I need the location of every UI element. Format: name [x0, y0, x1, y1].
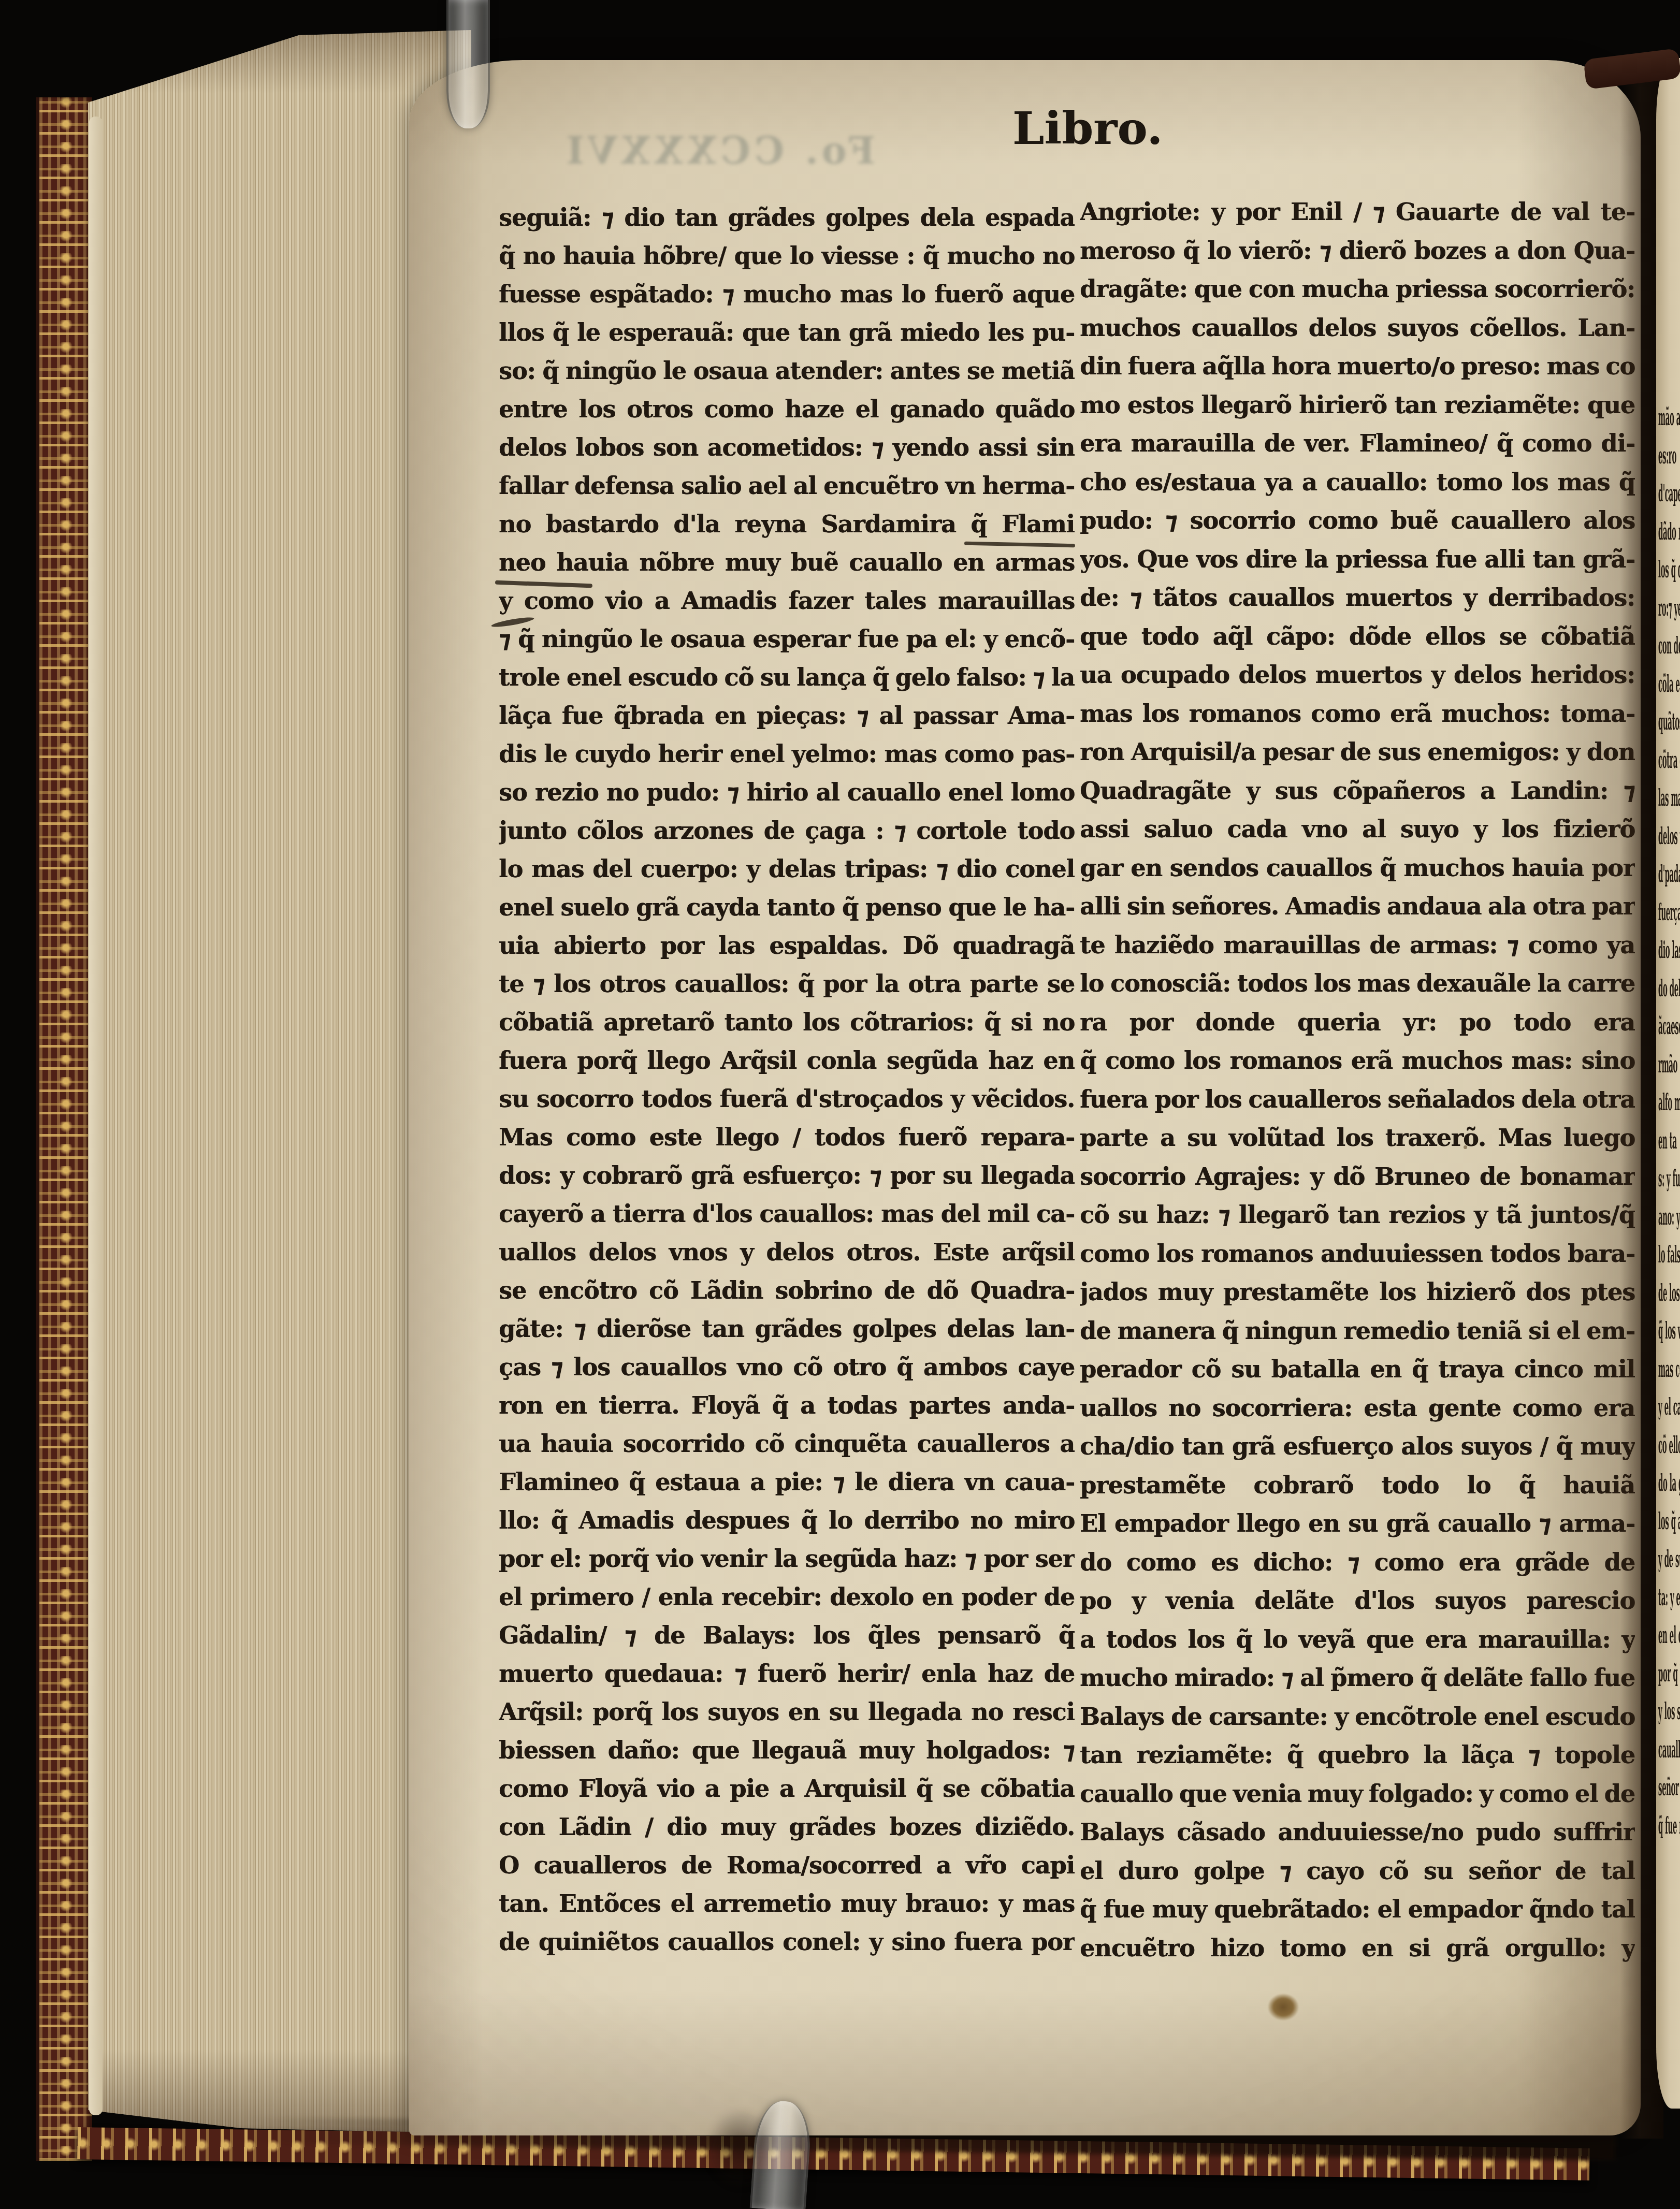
text-line: te haziẽdo marauillas de armas: ⁊ como y… — [1080, 926, 1635, 965]
text-line: uallos no socorriera: esta gente como er… — [1080, 1389, 1635, 1428]
text-line: fuera por los caualleros señalados dela … — [1080, 1080, 1635, 1119]
text-line: cha/dio tan grã esfuerço alos suyos / q̃… — [1080, 1427, 1635, 1466]
next-page-text-line: es:ro — [1658, 437, 1665, 475]
text-line: lo mas del cuerpo: y delas tripas: ⁊ dio… — [499, 850, 1075, 888]
text-line: q̃ fue muy quebrãtado: el empador q̃ndo … — [1080, 1890, 1635, 1929]
next-page-text-line: lo fals — [1658, 1236, 1665, 1274]
text-line: llos q̃ le esperauã: que tan grã miedo l… — [499, 313, 1075, 352]
text-line: Quadragãte y sus cõpañeros a Landin: ⁊ — [1080, 772, 1635, 810]
text-line: meroso q̃ lo vierõ: ⁊ dierõ bozes a don … — [1080, 231, 1635, 270]
text-line: fallar defensa salio ael al encuẽtro vn … — [499, 467, 1075, 505]
next-page-text-line: y de su — [1658, 1541, 1665, 1579]
text-line: socorrio Agrajes: y dõ Bruneo de bonamar — [1080, 1157, 1635, 1196]
text-line: gar en sendos cauallos q̃ muchos hauia p… — [1080, 849, 1635, 888]
ink-stain — [1268, 1994, 1299, 2021]
text-line: muchos cauallos delos suyos cõellos. Lan… — [1080, 309, 1635, 347]
next-page-text-line: los q̃ d — [1658, 551, 1665, 589]
next-page-text-line: ro:⁊ ye — [1658, 589, 1665, 628]
next-page-text-line: do del ca — [1658, 970, 1665, 1008]
text-line: que todo aq̃l cãpo: dõde ellos se cõbati… — [1080, 617, 1635, 656]
next-page-text-line: en ta — [1658, 1122, 1665, 1160]
text-line: dragãte: que con mucha priessa socorrier… — [1080, 270, 1635, 309]
text-line: biessen daño: que llegauã muy holgados: … — [499, 1731, 1075, 1769]
next-page-text-line: d'cape — [1658, 475, 1665, 513]
text-line: ua hauia socorrido cõ cinquẽta cauallero… — [499, 1425, 1075, 1463]
text-line: lo conosciã: todos los mas dexauãle la c… — [1080, 964, 1635, 1003]
first-page-edge — [89, 117, 103, 2115]
text-line: alli sin señores. Amadis andaua ala otra… — [1080, 887, 1635, 926]
text-line: cauallo que venia muy folgado: y como el… — [1080, 1775, 1635, 1813]
text-line: tan. Entõces el arremetio muy brauo: y m… — [499, 1884, 1075, 1923]
text-line: O caualleros de Roma/socorred a vr̃o cap… — [499, 1846, 1075, 1884]
text-line: muerto quedaua: ⁊ fuerõ herir/ enla haz … — [499, 1654, 1075, 1693]
text-line: como los romanos anduuiessen todos bara- — [1080, 1234, 1635, 1273]
next-page-text-line: mas co — [1658, 1350, 1665, 1389]
text-line: Angriote: y por Enil / ⁊ Gauarte de val … — [1080, 193, 1635, 231]
next-page-text-line: mão a — [1658, 399, 1665, 437]
next-page-text-line: alfo m — [1658, 1084, 1665, 1122]
text-column-left: seguiã: ⁊ dio tan grãdes golpes dela esp… — [499, 198, 1075, 1961]
next-page-text-line: cõtra el — [1658, 742, 1665, 780]
next-page-text-line: fuerça e — [1658, 894, 1665, 932]
text-line: ron en tierra. Floyã q̃ a todas partes a… — [499, 1386, 1075, 1425]
next-page-text-line: cõ ellos — [1658, 1427, 1665, 1465]
text-line: el duro golpe ⁊ cayo cõ su señor de tal … — [1080, 1852, 1635, 1891]
next-page-text-line: delos y — [1658, 818, 1665, 856]
next-page-text-line: s: y fu — [1658, 1160, 1665, 1198]
text-line: ças ⁊ los cauallos vno cõ otro q̃ ambos … — [499, 1348, 1075, 1386]
text-line: neo hauia nõbre muy buẽ cauallo en armas — [499, 543, 1075, 582]
next-page-text-line: y el ca — [1658, 1388, 1665, 1427]
next-page-text-line: los q̃ a — [1658, 1503, 1665, 1541]
text-line: ⁊ q̃ ningũo le osaua esperar fue pa el: … — [499, 620, 1075, 658]
text-line: a todos los q̃ lo veyã que era marauilla… — [1080, 1620, 1635, 1659]
text-line: su socorro todos fuerã d'stroçados y vẽc… — [499, 1080, 1075, 1118]
next-page-text: mão aes:rod'capedãdo nlos q̃ dro:⁊ yecon… — [1658, 399, 1680, 1845]
text-line: delos lobos son acometidos: ⁊ yendo assi… — [499, 428, 1075, 467]
text-line: uallos delos vnos y delos otros. Este ar… — [499, 1233, 1075, 1271]
next-page-text-line: d'padas — [1658, 855, 1665, 894]
text-line: era marauilla de ver. Flamineo/ q̃ como … — [1080, 424, 1635, 463]
next-page-text-line: con do — [1658, 627, 1665, 665]
text-line: de: ⁊ tãtos cauallos muertos y derribado… — [1080, 578, 1635, 617]
next-page-text-line: ano: y — [1658, 1198, 1665, 1237]
gilt-binding-edge — [36, 97, 92, 2161]
text-line: El empador llego en su grã cauallo ⁊ arm… — [1080, 1504, 1635, 1543]
next-page-text-line: do la g — [1658, 1464, 1665, 1503]
bleedthrough-folio: Fo. CCXXXVI — [533, 128, 875, 185]
next-page-text-line: dãdo n — [1658, 513, 1665, 551]
text-line: mo estos llegarõ hirierõ tan reziamẽte: … — [1080, 386, 1635, 425]
text-line: de manera q̃ ningun remedio teniã si el … — [1080, 1312, 1635, 1350]
next-page-text-line: cõla esp — [1658, 665, 1665, 704]
text-line: uia abierto por las espaldas. Dõ quadrag… — [499, 926, 1075, 965]
text-line: Balays de carsante: y encõtrole enel esc… — [1080, 1697, 1635, 1736]
page-holder-clamp-top — [446, 0, 490, 128]
text-line: se encõtro cõ Lãdin sobrino de dõ Quadra… — [499, 1271, 1075, 1310]
text-line: po y venia delãte d'los suyos parescio t… — [1080, 1581, 1635, 1620]
text-line: tan reziamẽte: q̃ quebro la lãça ⁊ topol… — [1080, 1736, 1635, 1775]
text-line: cho es/estaua ya a cauallo: tomo los mas… — [1080, 463, 1635, 502]
text-line: seguiã: ⁊ dio tan grãdes golpes dela esp… — [499, 198, 1075, 237]
photo-background: Fo. CCXXXVI Libro. seguiã: ⁊ dio tan grã… — [0, 0, 1680, 2209]
text-line: perador cõ su batalla en q̃ traya cinco … — [1080, 1350, 1635, 1389]
text-line: prestamẽte cobrarõ todo lo q̃ hauiã perd… — [1080, 1466, 1635, 1505]
text-line: no bastardo d'la reyna Sardamira q̃ Flam… — [499, 505, 1075, 543]
text-line: pudo: ⁊ socorrio como buẽ cauallero alos… — [1080, 501, 1635, 540]
text-line: enel suelo grã cayda tanto q̃ penso que … — [499, 888, 1075, 926]
text-line: q̃ no hauia hõbre/ que lo viesse : q̃ mu… — [499, 237, 1075, 275]
text-line: parte a su volũtad los traxerõ. Mas lueg… — [1080, 1118, 1635, 1157]
text-line: por el: porq̃ vio venir la segũda haz: ⁊… — [499, 1539, 1075, 1578]
text-line: con Lãdin / dio muy grãdes bozes diziẽdo… — [499, 1808, 1075, 1846]
text-line: so: q̃ ningũo le osaua atender: antes se… — [499, 352, 1075, 390]
next-page-text-line: q̃ los v — [1658, 1312, 1665, 1350]
text-line: Flamineo q̃ estaua a pie: ⁊ le diera vn … — [499, 1463, 1075, 1501]
next-page-text-line: rmão — [1658, 1046, 1665, 1084]
text-line: Arq̃sil: porq̃ los suyos en su llegada n… — [499, 1693, 1075, 1731]
text-line: cõ su haz: ⁊ llegarõ tan rezios y tã jun… — [1080, 1196, 1635, 1234]
text-line: de quiniẽtos cauallos conel: y sino fuer… — [499, 1923, 1075, 1961]
text-line: encuẽtro hizo tomo en si grã orgullo: y … — [1080, 1929, 1635, 1968]
text-line: ra por donde queria yr: po todo era mene… — [1080, 1003, 1635, 1042]
text-line: mas los romanos como erã muchos: toma- — [1080, 694, 1635, 733]
text-line: do como es dicho: ⁊ como era grãde de cu… — [1080, 1543, 1635, 1582]
next-page-text-line: de los — [1658, 1274, 1665, 1313]
next-page-text-line: ta: y el — [1658, 1579, 1665, 1617]
text-line: fuesse espãtado: ⁊ mucho mas lo fuerõ aq… — [499, 275, 1075, 313]
next-page-text-line: dio las — [1658, 932, 1665, 970]
text-line: entre los otros como haze el ganado quãd… — [499, 390, 1075, 428]
text-line: ron Arquisil/a pesar de sus enemigos: y … — [1080, 733, 1635, 772]
text-line: din fuera aq̃lla hora muerto/o preso: ma… — [1080, 347, 1635, 386]
text-line: el primero / enla recebir: dexolo en pod… — [499, 1578, 1075, 1616]
text-line: dos: y cobrarõ grã esfuerço: ⁊ por su ll… — [499, 1156, 1075, 1195]
text-line: cayerõ a tierra d'los cauallos: mas del … — [499, 1195, 1075, 1233]
text-line: so rezio no pudo: ⁊ hirio al cauallo ene… — [499, 773, 1075, 811]
next-page-text-line: quãtos — [1658, 703, 1665, 742]
running-header: Libro. — [1012, 103, 1189, 155]
next-page-text-line: las mat — [1658, 779, 1665, 818]
text-line: trole enel escudo cõ su lança q̃ gelo fa… — [499, 658, 1075, 696]
text-line: ua ocupado delos muertos y delos heridos… — [1080, 656, 1635, 694]
text-line: mucho mirado: ⁊ al p̃mero q̃ delãte fall… — [1080, 1659, 1635, 1697]
text-line: llo: q̃ Amadis despues q̃ lo derribo no … — [499, 1501, 1075, 1539]
text-line: q̃ como los romanos erã muchos mas: sino — [1080, 1041, 1635, 1080]
text-line: Balays cãsado anduuiesse/no pudo suffrir — [1080, 1813, 1635, 1852]
next-page-text-line: en el ca — [1658, 1617, 1665, 1655]
text-line: como Floyã vio a pie a Arquisil q̃ se cõ… — [499, 1769, 1075, 1808]
text-line: gãte: ⁊ dierõse tan grãdes golpes delas … — [499, 1310, 1075, 1348]
text-line: dis le cuydo herir enel yelmo: mas como … — [499, 735, 1075, 773]
next-page-text-line: ãcaesci — [1658, 1008, 1665, 1046]
next-page-text-line: por q̃ l — [1658, 1655, 1665, 1693]
text-line: fuera porq̃ llego Arq̃sil conla segũda h… — [499, 1041, 1075, 1080]
next-page-text-line: señor d — [1658, 1769, 1665, 1807]
next-page-text-line: q̃ fue m — [1658, 1807, 1665, 1845]
text-line: Gãdalin/ ⁊ de Balays: los q̃les pensarõ … — [499, 1616, 1075, 1654]
text-line: Mas como este llego / todos fuerõ repara… — [499, 1118, 1075, 1156]
text-line: cõbatiã apretarõ tanto los cõtrarios: q̃… — [499, 1003, 1075, 1041]
paper-speck — [767, 331, 773, 336]
text-line: assi saluo cada vno al suyo y los fizier… — [1080, 810, 1635, 849]
next-page-text-line: cauall — [1658, 1731, 1665, 1769]
text-line: junto cõlos arzones de çaga : ⁊ cortole … — [499, 811, 1075, 850]
paper-speck — [1464, 1145, 1467, 1149]
text-column-right: Angriote: y por Enil / ⁊ Gauarte de val … — [1080, 193, 1635, 1967]
text-line: yos. Que vos dire la priessa fue alli ta… — [1080, 540, 1635, 579]
next-page-text-line: y los s — [1658, 1693, 1665, 1731]
text-line: lãça fue q̃brada en pieças: ⁊ al passar … — [499, 696, 1075, 735]
text-line: te ⁊ los otros cauallos: q̃ por la otra … — [499, 965, 1075, 1003]
text-line: jados muy prestamẽte los hizierõ dos pte… — [1080, 1273, 1635, 1312]
